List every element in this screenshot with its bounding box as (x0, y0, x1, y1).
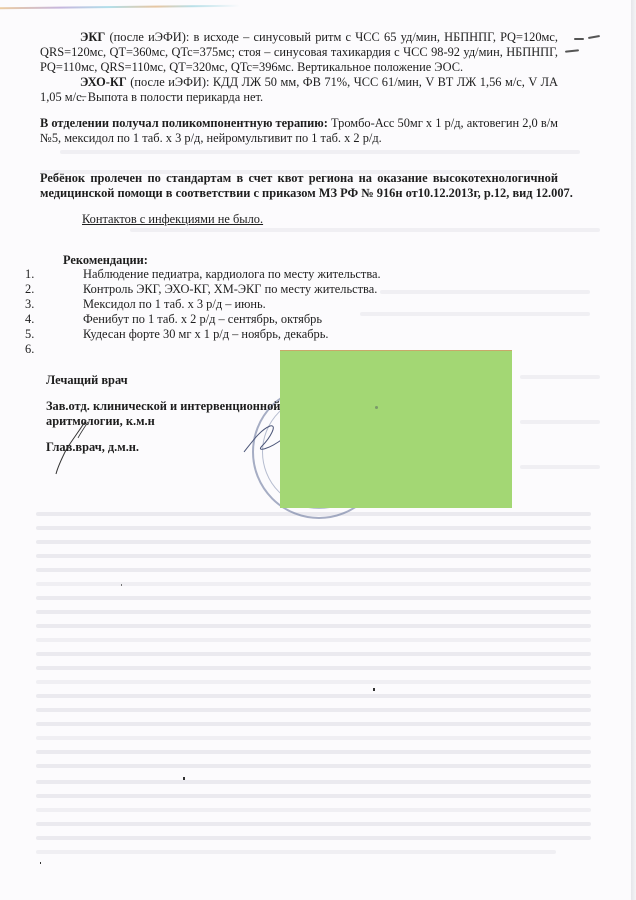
scan-edge-artifact (0, 5, 240, 10)
bleed-through-line (36, 794, 591, 798)
bleed-through-line (520, 420, 600, 424)
page-right-edge (631, 0, 636, 900)
echo-label: ЭХО-КГ (80, 75, 127, 89)
bleed-through-line (36, 666, 591, 670)
bleed-through-line (520, 465, 600, 469)
bleed-through-line (36, 722, 591, 726)
list-item-number: 3. (25, 297, 34, 311)
signature-attending-physician: Лечащий врач (46, 373, 128, 387)
scan-speck (373, 688, 375, 691)
bleed-through-line (36, 624, 591, 628)
ink-mark (588, 35, 600, 39)
bleed-through-line (36, 750, 591, 754)
bleed-through-line (36, 780, 591, 784)
list-item-number: 6. (25, 342, 34, 356)
list-item-number: 1. (25, 267, 34, 281)
list-item: Мексидол по 1 таб. х 3 р/д – июнь. (83, 297, 266, 311)
therapy-line-2: №5, мексидол по 1 таб. х 3 р/д, нейромул… (40, 131, 382, 145)
scan-speck (40, 862, 41, 864)
therapy-line-1: В отделении получал поликомпонентную тер… (40, 116, 558, 130)
handwritten-signature-icon (50, 418, 100, 478)
bleed-through-line (36, 708, 591, 712)
bleed-through-line (36, 694, 591, 698)
scan-speck (121, 584, 122, 586)
ink-mark (574, 38, 584, 40)
bleed-through-line (36, 540, 591, 544)
bleed-through-line (36, 736, 591, 740)
bleed-through-line (36, 764, 591, 768)
contacts-note: Контактов с инфекциями не было. (82, 212, 263, 226)
bleed-through-line (36, 610, 591, 614)
list-item-number: 4. (25, 312, 34, 326)
redaction-sticker (280, 350, 512, 508)
list-item: Контроль ЭКГ, ЭХО-КГ, ХМ-ЭКГ по месту жи… (83, 282, 377, 296)
bleed-through-line (520, 375, 600, 379)
document-page: ЭКГ (после иЭФИ): в исходе – синусовый р… (0, 0, 636, 900)
list-item: Кудесан форте 30 мг х 1 р/д – ноябрь, де… (83, 327, 328, 341)
bleed-through-line (36, 596, 591, 600)
signature-head-of-department-line-1: Зав.отд. клинической и интервенционной (46, 399, 280, 413)
bleed-through-line (130, 228, 600, 232)
bleed-through-line (36, 568, 591, 572)
ekg-line-1: ЭКГ (после иЭФИ): в исходе – синусовый р… (80, 30, 558, 44)
list-item-number: 5. (25, 327, 34, 341)
bleed-through-line (36, 836, 591, 840)
echo-line-2: 1,05 м/с. Выпота в полости перикарда нет… (40, 90, 263, 104)
bleed-through-line (36, 680, 591, 684)
list-item: Фенибут по 1 таб. х 2 р/д – сентябрь, ок… (83, 312, 322, 326)
list-item: Наблюдение педиатра, кардиолога по месту… (83, 267, 381, 281)
quota-line-1: Ребёнок пролечен по стандартам в счет кв… (40, 171, 558, 185)
bleed-through-line (36, 638, 591, 642)
quota-line-2: медицинской помощи в соответствии с прик… (40, 186, 573, 200)
bleed-through-line (60, 150, 580, 154)
bleed-through-line (36, 652, 591, 656)
ekg-line-2: QRS=120мс, QT=360мс, QTc=375мс; стоя – с… (40, 45, 558, 59)
scan-speck (183, 777, 185, 780)
therapy-label: В отделении получал поликомпонентную тер… (40, 116, 328, 130)
bleed-through-line (36, 850, 556, 854)
ekg-label: ЭКГ (80, 30, 105, 44)
bleed-through-line (36, 554, 591, 558)
recommendations-title: Рекомендации: (63, 253, 148, 267)
bleed-through-line (360, 312, 590, 316)
bleed-through-line (36, 808, 591, 812)
bleed-through-line (36, 526, 591, 530)
bleed-through-line (36, 822, 591, 826)
list-item-number: 2. (25, 282, 34, 296)
ink-mark (565, 49, 579, 52)
ekg-line-3: PQ=110мс, QRS=110мс, QT=320мс, QTc=396мс… (40, 60, 463, 74)
bleed-through-line (36, 582, 591, 586)
bleed-through-line (380, 290, 590, 294)
